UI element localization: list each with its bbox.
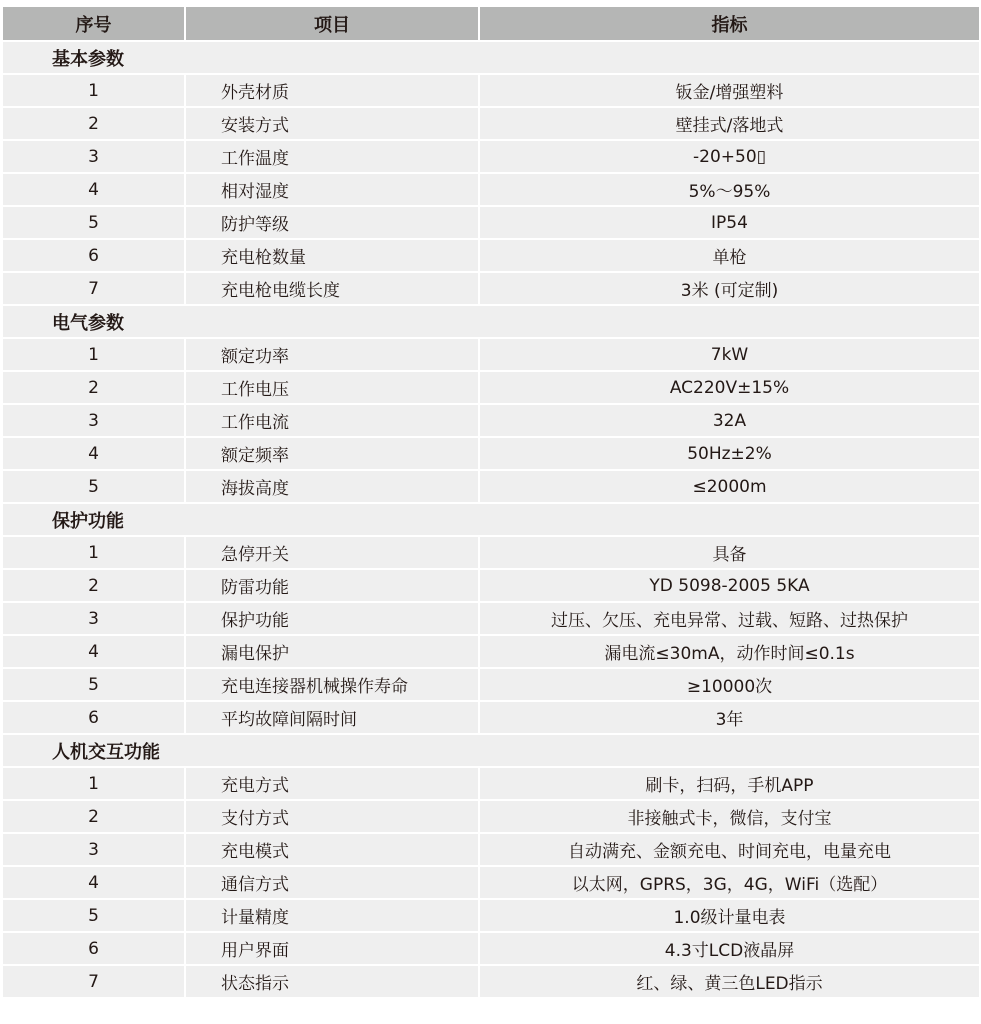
- table-row: 5海拔高度≤2000m: [3, 471, 979, 502]
- row-item: 充电模式: [184, 834, 478, 865]
- row-index: 3: [3, 405, 184, 436]
- table-row: 2安装方式壁挂式/落地式: [3, 108, 979, 139]
- table-row: 5防护等级IP54: [3, 207, 979, 238]
- table-row: 1急停开关具备: [3, 537, 979, 568]
- column-header-index: 序号: [3, 7, 184, 40]
- table-row: 6充电枪数量单枪: [3, 240, 979, 271]
- row-item: 急停开关: [184, 537, 478, 568]
- row-index: 4: [3, 636, 184, 667]
- row-index: 4: [3, 438, 184, 469]
- row-index: 7: [3, 966, 184, 997]
- header-row: 序号 项目 指标: [3, 7, 979, 40]
- row-index: 1: [3, 75, 184, 106]
- row-item: 漏电保护: [184, 636, 478, 667]
- row-index: 2: [3, 372, 184, 403]
- row-index: 1: [3, 339, 184, 370]
- group-row-basic-params: 基本参数: [3, 42, 979, 73]
- row-value: 1.0级计量电表: [478, 900, 979, 931]
- row-index: 4: [3, 174, 184, 205]
- table-body: 基本参数 1外壳材质钣金/增强塑料 2安装方式壁挂式/落地式 3工作温度-20+…: [3, 42, 979, 997]
- table-header: 序号 项目 指标: [3, 7, 979, 40]
- row-value: -20+50▯: [478, 141, 979, 172]
- group-row-protection: 保护功能: [3, 504, 979, 535]
- row-value: 具备: [478, 537, 979, 568]
- row-index: 7: [3, 273, 184, 304]
- row-item: 充电枪电缆长度: [184, 273, 478, 304]
- row-item: 工作电流: [184, 405, 478, 436]
- table-row: 7充电枪电缆长度3米 (可定制): [3, 273, 979, 304]
- table-row: 5计量精度1.0级计量电表: [3, 900, 979, 931]
- table-row: 6用户界面4.3寸LCD液晶屏: [3, 933, 979, 964]
- row-item: 充电方式: [184, 768, 478, 799]
- row-index: 1: [3, 537, 184, 568]
- row-value: 钣金/增强塑料: [478, 75, 979, 106]
- row-value: IP54: [478, 207, 979, 238]
- table-row: 4相对湿度5%～95%: [3, 174, 979, 205]
- row-item: 工作电压: [184, 372, 478, 403]
- row-value: 非接触式卡，微信，支付宝: [478, 801, 979, 832]
- table-row: 4通信方式以太网，GPRS，3G，4G，WiFi（选配）: [3, 867, 979, 898]
- table-row: 4漏电保护漏电流≤30mA，动作时间≤0.1s: [3, 636, 979, 667]
- table-row: 3工作温度-20+50▯: [3, 141, 979, 172]
- row-item: 充电枪数量: [184, 240, 478, 271]
- table-row: 6平均故障间隔时间3年: [3, 702, 979, 733]
- row-value: 4.3寸LCD液晶屏: [478, 933, 979, 964]
- row-item: 外壳材质: [184, 75, 478, 106]
- row-item: 计量精度: [184, 900, 478, 931]
- row-value: 刷卡，扫码，手机APP: [478, 768, 979, 799]
- table-row: 2工作电压AC220V±15%: [3, 372, 979, 403]
- row-value: 过压、欠压、充电异常、过载、短路、过热保护: [478, 603, 979, 634]
- table-row: 3工作电流32A: [3, 405, 979, 436]
- group-title: 人机交互功能: [3, 735, 979, 766]
- group-row-electrical-params: 电气参数: [3, 306, 979, 337]
- row-item: 安装方式: [184, 108, 478, 139]
- row-value: 红、绿、黄三色LED指示: [478, 966, 979, 997]
- row-item: 防雷功能: [184, 570, 478, 601]
- spec-table: 序号 项目 指标 基本参数 1外壳材质钣金/增强塑料 2安装方式壁挂式/落地式 …: [3, 5, 979, 999]
- group-title: 电气参数: [3, 306, 979, 337]
- row-item: 充电连接器机械操作寿命: [184, 669, 478, 700]
- row-value: 漏电流≤30mA，动作时间≤0.1s: [478, 636, 979, 667]
- row-item: 相对湿度: [184, 174, 478, 205]
- row-item: 平均故障间隔时间: [184, 702, 478, 733]
- table-row: 2支付方式非接触式卡，微信，支付宝: [3, 801, 979, 832]
- row-index: 5: [3, 207, 184, 238]
- row-item: 用户界面: [184, 933, 478, 964]
- row-item: 防护等级: [184, 207, 478, 238]
- row-value: 自动满充、金额充电、时间充电，电量充电: [478, 834, 979, 865]
- row-value: 3米 (可定制): [478, 273, 979, 304]
- row-index: 2: [3, 570, 184, 601]
- table-row: 2防雷功能YD 5098-2005 5KA: [3, 570, 979, 601]
- row-item: 工作温度: [184, 141, 478, 172]
- table-row: 7状态指示红、绿、黄三色LED指示: [3, 966, 979, 997]
- row-index: 5: [3, 900, 184, 931]
- group-title: 保护功能: [3, 504, 979, 535]
- row-index: 3: [3, 141, 184, 172]
- row-index: 5: [3, 669, 184, 700]
- column-header-value: 指标: [478, 7, 979, 40]
- row-value: 50Hz±2%: [478, 438, 979, 469]
- row-value: AC220V±15%: [478, 372, 979, 403]
- group-row-hmi: 人机交互功能: [3, 735, 979, 766]
- row-index: 5: [3, 471, 184, 502]
- row-value: 5%～95%: [478, 174, 979, 205]
- row-index: 3: [3, 834, 184, 865]
- table-row: 1外壳材质钣金/增强塑料: [3, 75, 979, 106]
- row-item: 额定功率: [184, 339, 478, 370]
- row-item: 海拔高度: [184, 471, 478, 502]
- row-item: 通信方式: [184, 867, 478, 898]
- table-row: 5充电连接器机械操作寿命≥10000次: [3, 669, 979, 700]
- row-value: 3年: [478, 702, 979, 733]
- row-index: 3: [3, 603, 184, 634]
- row-index: 1: [3, 768, 184, 799]
- table-row: 1充电方式刷卡，扫码，手机APP: [3, 768, 979, 799]
- column-header-item: 项目: [184, 7, 478, 40]
- row-index: 2: [3, 108, 184, 139]
- row-value: ≤2000m: [478, 471, 979, 502]
- row-value: ≥10000次: [478, 669, 979, 700]
- row-item: 支付方式: [184, 801, 478, 832]
- row-value: 7kW: [478, 339, 979, 370]
- row-value: YD 5098-2005 5KA: [478, 570, 979, 601]
- table-row: 4额定频率50Hz±2%: [3, 438, 979, 469]
- table-row: 3充电模式自动满充、金额充电、时间充电，电量充电: [3, 834, 979, 865]
- row-index: 4: [3, 867, 184, 898]
- row-value: 壁挂式/落地式: [478, 108, 979, 139]
- row-value: 32A: [478, 405, 979, 436]
- row-index: 6: [3, 933, 184, 964]
- row-item: 额定频率: [184, 438, 478, 469]
- row-index: 2: [3, 801, 184, 832]
- row-index: 6: [3, 240, 184, 271]
- row-index: 6: [3, 702, 184, 733]
- row-value: 单枪: [478, 240, 979, 271]
- table-row: 3保护功能过压、欠压、充电异常、过载、短路、过热保护: [3, 603, 979, 634]
- table-row: 1额定功率7kW: [3, 339, 979, 370]
- group-title: 基本参数: [3, 42, 979, 73]
- row-item: 保护功能: [184, 603, 478, 634]
- row-value: 以太网，GPRS，3G，4G，WiFi（选配）: [478, 867, 979, 898]
- row-item: 状态指示: [184, 966, 478, 997]
